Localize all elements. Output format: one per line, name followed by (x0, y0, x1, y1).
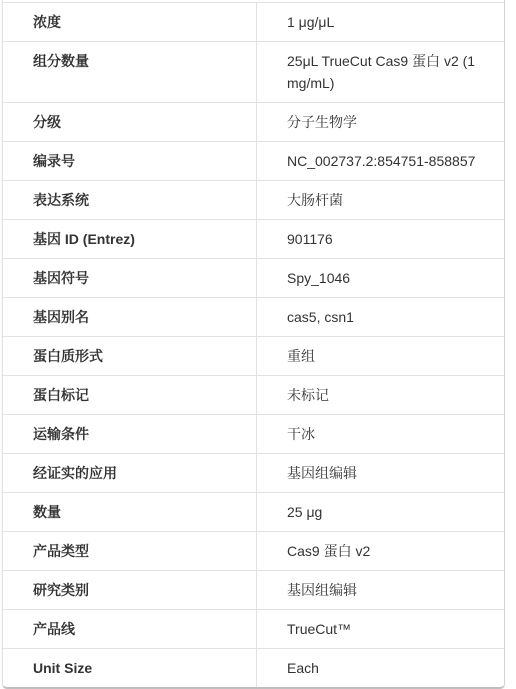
spec-label: 蛋白标记 (3, 376, 257, 415)
spec-value: TrueCut™ (257, 610, 505, 649)
spec-value: 干冰 (257, 415, 505, 454)
spec-table-row: 基因别名 cas5, csn1 (3, 298, 504, 337)
spec-value: 大肠杆菌 (257, 181, 505, 220)
spec-value: 基因组编辑 (257, 571, 505, 610)
spec-value: 25 μg (257, 493, 505, 532)
spec-value: 1 μg/μL (257, 3, 505, 42)
spec-label: 产品类型 (3, 532, 257, 571)
spec-table-row: 编录号 NC_002737.2:854751-858857 (3, 142, 504, 181)
spec-table-row: 蛋白质形式 重组 (3, 337, 504, 376)
spec-label: 基因 ID (Entrez) (3, 220, 257, 259)
spec-table-row: 组分数量 25μL TrueCut Cas9 蛋白 v2 (1 mg/mL) (3, 42, 504, 103)
spec-value: Spy_1046 (257, 259, 505, 298)
spec-label: 表达系统 (3, 181, 257, 220)
spec-table-row: 产品线 TrueCut™ (3, 610, 504, 649)
spec-label: 分级 (3, 103, 257, 142)
spec-label: 数量 (3, 493, 257, 532)
spec-table-row: 浓度 1 μg/μL (3, 3, 504, 42)
spec-table-row: 运输条件 干冰 (3, 415, 504, 454)
spec-table-row: 经证实的应用 基因组编辑 (3, 454, 504, 493)
spec-label: 运输条件 (3, 415, 257, 454)
spec-label: 蛋白质形式 (3, 337, 257, 376)
spec-label: 研究类别 (3, 571, 257, 610)
spec-label: 编录号 (3, 142, 257, 181)
spec-value: 901176 (257, 220, 505, 259)
spec-value: NC_002737.2:854751-858857 (257, 142, 505, 181)
spec-label: Unit Size (3, 649, 257, 687)
spec-value: Each (257, 649, 505, 687)
product-spec-table: 浓度 1 μg/μL 组分数量 25μL TrueCut Cas9 蛋白 v2 … (3, 3, 504, 686)
spec-table-row: 表达系统 大肠杆菌 (3, 181, 504, 220)
spec-value: cas5, csn1 (257, 298, 505, 337)
spec-table-row: 数量 25 μg (3, 493, 504, 532)
spec-table-row: 产品类型 Cas9 蛋白 v2 (3, 532, 504, 571)
spec-table-row: 基因 ID (Entrez) 901176 (3, 220, 504, 259)
spec-label: 组分数量 (3, 42, 257, 103)
spec-table-row: Unit Size Each (3, 649, 504, 687)
spec-table-row: 基因符号 Spy_1046 (3, 259, 504, 298)
spec-table-row: 蛋白标记 未标记 (3, 376, 504, 415)
spec-table-row: 分级 分子生物学 (3, 103, 504, 142)
product-spec-table-container: 浓度 1 μg/μL 组分数量 25μL TrueCut Cas9 蛋白 v2 … (2, 0, 505, 686)
spec-table-row: 研究类别 基因组编辑 (3, 571, 504, 610)
spec-label: 基因符号 (3, 259, 257, 298)
spec-value: 重组 (257, 337, 505, 376)
spec-label: 浓度 (3, 3, 257, 42)
spec-value: 分子生物学 (257, 103, 505, 142)
spec-label: 产品线 (3, 610, 257, 649)
spec-label: 经证实的应用 (3, 454, 257, 493)
spec-value: 未标记 (257, 376, 505, 415)
spec-value: 25μL TrueCut Cas9 蛋白 v2 (1 mg/mL) (257, 42, 505, 103)
spec-value: 基因组编辑 (257, 454, 505, 493)
spec-table-body: 浓度 1 μg/μL 组分数量 25μL TrueCut Cas9 蛋白 v2 … (3, 3, 504, 686)
spec-value: Cas9 蛋白 v2 (257, 532, 505, 571)
spec-label: 基因别名 (3, 298, 257, 337)
